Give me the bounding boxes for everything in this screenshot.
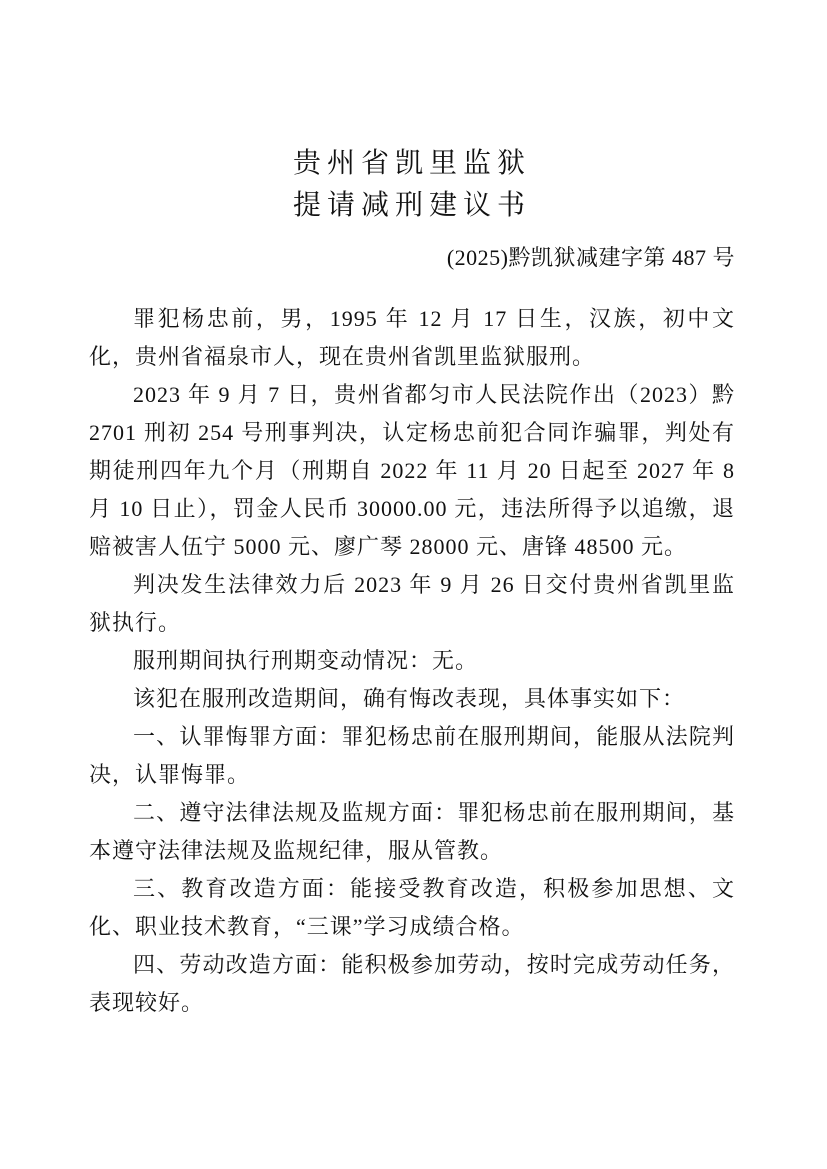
paragraph-item-4: 四、劳动改造方面：能积极参加劳动，按时完成劳动任务，表现较好。 xyxy=(89,946,735,1022)
paragraph-delivery: 判决发生法律效力后 2023 年 9 月 26 日交付贵州省凯里监狱执行。 xyxy=(89,566,735,642)
document-number: (2025)黔凯狱减建字第 487 号 xyxy=(89,243,735,273)
paragraph-judgment: 2023 年 9 月 7 日，贵州省都匀市人民法院作出（2023）黔 2701 … xyxy=(89,376,735,566)
document-body: 罪犯杨忠前，男，1995 年 12 月 17 日生，汉族，初中文化，贵州省福泉市… xyxy=(89,300,735,1022)
paragraph-performance-intro: 该犯在服刑改造期间，确有悔改表现，具体事实如下： xyxy=(89,680,735,718)
title-line-2: 提请减刑建议书 xyxy=(89,185,735,227)
paragraph-item-3: 三、教育改造方面：能接受教育改造，积极参加思想、文化、职业技术教育，“三课”学习… xyxy=(89,870,735,946)
title-line-1: 贵州省凯里监狱 xyxy=(89,143,735,185)
document-page: 贵州省凯里监狱 提请减刑建议书 (2025)黔凯狱减建字第 487 号 罪犯杨忠… xyxy=(0,0,827,1169)
document-title: 贵州省凯里监狱 提请减刑建议书 xyxy=(89,143,735,227)
paragraph-item-2: 二、遵守法律法规及监规方面：罪犯杨忠前在服刑期间，基本遵守法律法规及监规纪律，服… xyxy=(89,794,735,870)
paragraph-inmate-info: 罪犯杨忠前，男，1995 年 12 月 17 日生，汉族，初中文化，贵州省福泉市… xyxy=(89,300,735,376)
paragraph-term-change: 服刑期间执行刑期变动情况：无。 xyxy=(89,642,735,680)
paragraph-item-1: 一、认罪悔罪方面：罪犯杨忠前在服刑期间，能服从法院判决，认罪悔罪。 xyxy=(89,718,735,794)
